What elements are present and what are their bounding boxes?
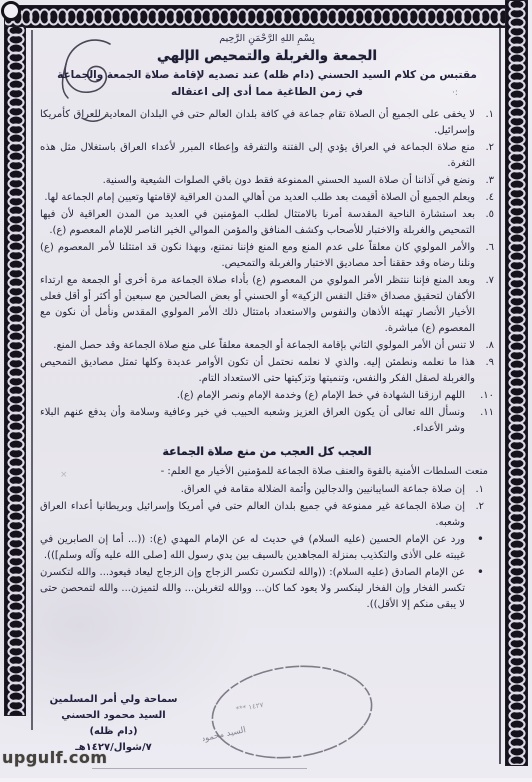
item-number: ٤. xyxy=(475,190,494,206)
item-number: ١. xyxy=(465,482,484,498)
watermark-text: upgulf.com xyxy=(2,748,107,767)
item-number: ٩. xyxy=(475,355,494,387)
list-item: ٧. وبعد المنع فإننا ننتظر الأمر المولوي … xyxy=(40,273,494,337)
inner-frame-line-left xyxy=(31,30,33,730)
list-item: ٩. هذا ما نعلمه ونطمئن إليه. والذي لا نع… xyxy=(40,355,494,387)
bullet-text: عن الإمام الصادق (عليه السلام): ((والله … xyxy=(40,565,465,613)
item-number: ٨. xyxy=(475,338,494,354)
item-text: ونضع في آذاننا أن صلاة السيد الحسني المم… xyxy=(40,173,475,189)
list-item: ١١. ونسأل الله تعالى أن يكون العراق العز… xyxy=(40,405,494,437)
signature-line-name: السيد محمود الحسني xyxy=(36,708,191,724)
item-text: لا يخفى على الجميع أن الصلاة تقام جماعة … xyxy=(40,107,475,139)
list-item: ١٠. اللهم ارزقنا الشهادة في خط الإمام (ع… xyxy=(40,388,494,404)
list-item: ١. لا يخفى على الجميع أن الصلاة تقام جما… xyxy=(40,107,494,139)
scanned-document-page: :· × بِسْمِ اللهِ الرَّحْمَنِ الرَّحِيم … xyxy=(0,0,532,782)
item-number: ٦. xyxy=(475,240,494,272)
list-item: ٢. منع صلاة الجماعة في العراق يؤدي إلى ا… xyxy=(40,140,494,172)
stamp-text-top: ١٤٢٧ *** xyxy=(235,701,264,714)
item-text: منع صلاة الجماعة في العراق يؤدي إلى الفت… xyxy=(40,140,475,172)
list-item: ٥. بعد استشارة الناحية المقدسة أمرنا بال… xyxy=(40,207,494,239)
list-item: ٨. لا تنس أن الأمر المولوي الثاني بإقامة… xyxy=(40,338,494,354)
item-text: وبعد المنع فإننا ننتظر الأمر المولوي من … xyxy=(40,273,475,337)
document-subtitle-1: مقتبس من كلام السيد الحسني (دام ظله) عند… xyxy=(40,67,494,84)
list-item: ٣. ونضع في آذاننا أن صلاة السيد الحسني ا… xyxy=(40,173,494,189)
left-border-ornament xyxy=(4,26,26,716)
watermark-underline xyxy=(92,768,307,769)
list-item: ٤. ويعلم الجميع أن الصلاة أقيمت بعد طلب … xyxy=(40,190,494,206)
item-number: ٢. xyxy=(465,499,484,531)
bullet-marker: • xyxy=(465,565,484,613)
signature-line-honorific: (دام ظله) xyxy=(36,724,191,740)
item-text: هذا ما نعلمه ونطمئن إليه. والذي لا نعلمه… xyxy=(40,355,475,387)
item-number: ٥. xyxy=(475,207,494,239)
document-title: الجمعة والغربلة والتمحيص الإلهي xyxy=(40,48,494,64)
bullet-item: • ورد عن الإمام الحسين (عليه السلام) في … xyxy=(40,532,484,564)
numbered-list-main: ١. لا يخفى على الجميع أن الصلاة تقام جما… xyxy=(40,107,494,437)
document-subtitle-2: في زمن الطاغية مما أدى إلى اعتقاله xyxy=(40,84,494,101)
right-border-ornament xyxy=(505,0,528,766)
item-number: ١. xyxy=(475,107,494,139)
list-item: ١. إن صلاة جماعة السايبانيين والدجالين و… xyxy=(40,482,484,498)
item-number: ٧. xyxy=(475,273,494,337)
item-number: ١١. xyxy=(465,405,494,437)
bullet-text: ورد عن الإمام الحسين (عليه السلام) في حد… xyxy=(40,532,465,564)
list-item: ٦. والأمر المولوي كان معلقاً على عدم الم… xyxy=(40,240,494,272)
section-intro: منعت السلطات الأمنية بالقوة والعنف صلاة … xyxy=(40,464,494,480)
bullet-marker: • xyxy=(465,532,484,564)
item-text: بعد استشارة الناحية المقدسة أمرنا بالامت… xyxy=(40,207,475,239)
inner-frame-line-right xyxy=(499,28,501,764)
item-text: والأمر المولوي كان معلقاً على عدم المنع … xyxy=(40,240,475,272)
item-text: لا تنس أن الأمر المولوي الثاني بإقامة ال… xyxy=(40,338,475,354)
item-text: ويعلم الجميع أن الصلاة أقيمت بعد طلب الع… xyxy=(40,190,475,206)
oval-stamp: ١٤٢٧ *** السيد محمود الحسني دام ظله xyxy=(203,660,381,772)
list-item: ٢. إن صلاة الجماعة غير ممنوعة في جميع بل… xyxy=(40,499,484,531)
item-text: ونسأل الله تعالى أن يكون العراق العزيز و… xyxy=(40,405,465,437)
item-text: اللهم ارزقنا الشهادة في خط الإمام (ع) وخ… xyxy=(40,388,465,404)
item-number: ٢. xyxy=(475,140,494,172)
scan-bottom-edge xyxy=(0,778,532,782)
document-body: بِسْمِ اللهِ الرَّحْمَنِ الرَّحِيم الجمع… xyxy=(40,31,494,614)
section-heading: العجب كل العجب من منع صلاة الجماعة xyxy=(40,444,494,460)
numbered-list-section2: ١. إن صلاة جماعة السايبانيين والدجالين و… xyxy=(40,482,494,613)
item-text: إن صلاة الجماعة غير ممنوعة في جميع بلدان… xyxy=(40,499,465,531)
top-border-ornament xyxy=(4,5,528,28)
signature-line-authority: سماحة ولي أمر المسلمين xyxy=(36,692,191,708)
bullet-item: • عن الإمام الصادق (عليه السلام): ((والل… xyxy=(40,565,484,613)
item-text: إن صلاة جماعة السايبانيين والدجالين وأئم… xyxy=(40,482,465,498)
hole-punch-circle xyxy=(1,1,21,21)
signature-block: سماحة ولي أمر المسلمين السيد محمود الحسن… xyxy=(36,692,191,756)
item-number: ٣. xyxy=(475,173,494,189)
item-number: ١٠. xyxy=(465,388,494,404)
bismillah-line: بِسْمِ اللهِ الرَّحْمَنِ الرَّحِيم xyxy=(40,31,494,47)
